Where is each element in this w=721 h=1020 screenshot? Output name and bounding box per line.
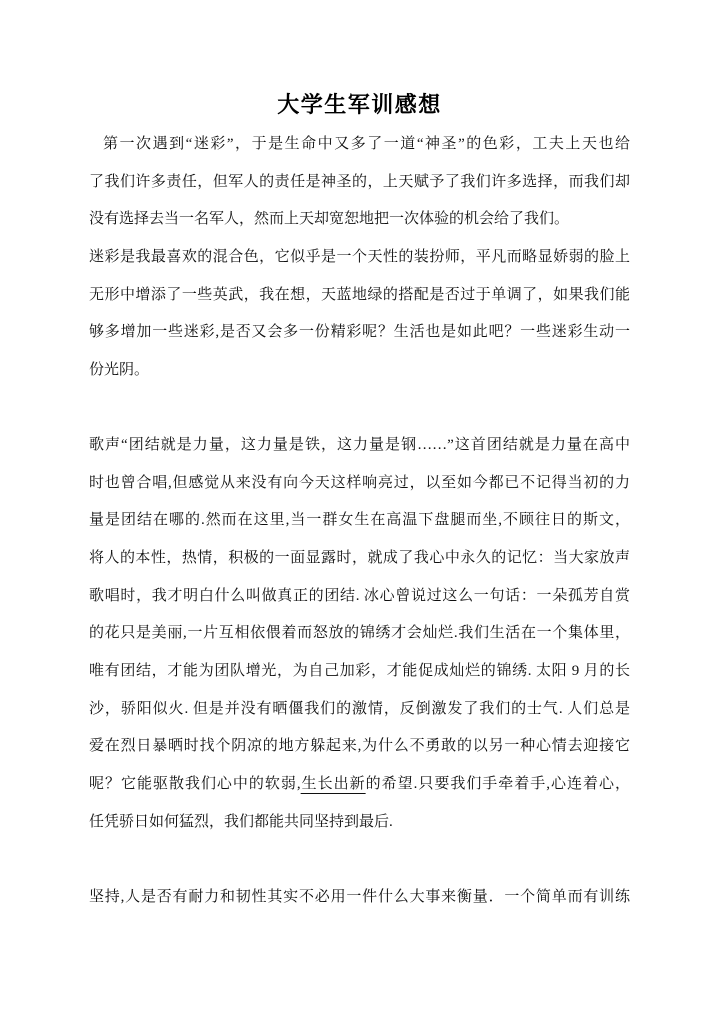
- text-line: 量是团结在哪的.然而在这里,当一群女生在高温下盘腿而坐,不顾往日的斯文，: [89, 502, 630, 540]
- text-line: 无形中增添了一些英武，我在想，天蓝地绿的搭配是否过于单调了，如果我们能: [89, 277, 630, 315]
- text-line: 爱在烈日暴晒时找个阴凉的地方躲起来,为什么不勇敢的以另一种心情去迎接它: [89, 728, 630, 766]
- text-line: 份光阴。: [89, 352, 630, 390]
- text-line: 将人的本性，热情，积极的一面显露时，就成了我心中永久的记忆：当大家放声: [89, 540, 630, 578]
- text-line: 唯有团结，才能为团队增光，为自己加彩，才能促成灿烂的锦绣. 太阳 9 月的长: [89, 653, 630, 691]
- text-line: 歌声“团结就是力量，这力量是铁，这力量是钢……”这首团结就是力量在高中: [89, 427, 630, 465]
- text-line: 第一次遇到“迷彩”，于是生命中又多了一道“神圣”的色彩，工夫上天也给: [89, 126, 630, 164]
- text-line: 时也曾合唱,但感觉从来没有向今天这样响亮过，以至如今都已不记得当初的力: [89, 465, 630, 503]
- blank-line: [89, 841, 630, 879]
- text-line: 坚持,人是否有耐力和韧性其实不必用一件什么大事来衡量．一个简单而有训练: [89, 879, 630, 917]
- text-line: 的花只是美丽,一片互相依偎着而怒放的锦绣才会灿烂.我们生活在一个集体里，: [89, 615, 630, 653]
- text-line: 了我们许多责任，但军人的责任是神圣的，上天赋予了我们许多选择，而我们却: [89, 164, 630, 202]
- text-line: 呢？它能驱散我们心中的软弱,生长出新的希望.只要我们手牵着手,心连着心，: [89, 766, 630, 804]
- text-line: 任凭骄日如何猛烈，我们都能共同坚持到最后.: [89, 804, 630, 842]
- text-line: 迷彩是我最喜欢的混合色，它似乎是一个天性的装扮师，平凡而略显娇弱的脸上: [89, 239, 630, 277]
- document-page: 大学生军训感想 第一次遇到“迷彩”，于是生命中又多了一道“神圣”的色彩，工夫上天…: [0, 0, 721, 1020]
- blank-line: [89, 389, 630, 427]
- text-line: 沙，骄阳似火. 但是并没有晒僵我们的激情，反倒激发了我们的士气. 人们总是: [89, 691, 630, 729]
- document-body: 第一次遇到“迷彩”，于是生命中又多了一道“神圣”的色彩，工夫上天也给了我们许多责…: [89, 126, 630, 916]
- text-line: 歌唱时，我才明白什么叫做真正的团结. 冰心曾说过这么一句话：一朵孤芳自赏: [89, 578, 630, 616]
- text-line: 没有选择去当一名军人，然而上天却宽恕地把一次体验的机会给了我们。: [89, 201, 630, 239]
- document-title: 大学生军训感想: [89, 88, 630, 121]
- underlined-text: 生长出新: [301, 776, 366, 792]
- text-line: 够多增加一些迷彩,是否又会多一份精彩呢？生活也是如此吧？一些迷彩生动一: [89, 314, 630, 352]
